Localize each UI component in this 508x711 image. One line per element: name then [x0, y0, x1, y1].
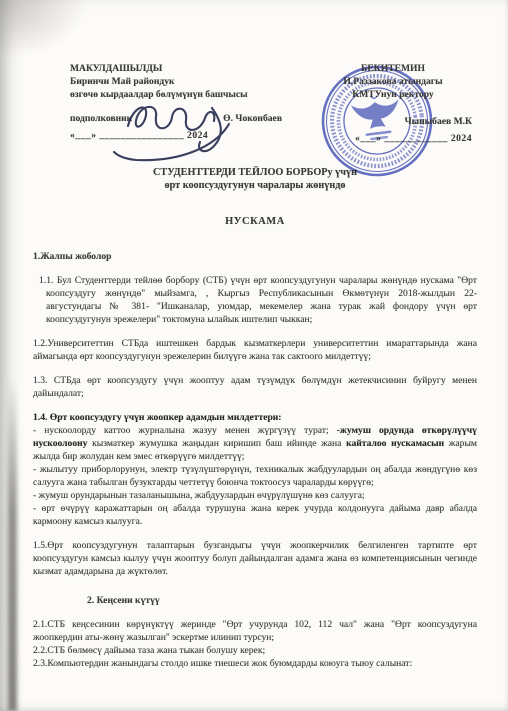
approval-right-date-line: «___» ____________ 2024: [314, 132, 472, 145]
paragraph-2-2: 2.2.СТБ бөлмөсү дайыма таза жана тыкан б…: [33, 644, 477, 657]
approval-left-date-line: «___» ________________ 2024: [70, 129, 282, 142]
paragraph-1-4-heading: 1.4. Өрт коопсуздугу үчүн жоопкер адамды…: [33, 411, 477, 424]
document-title-line2: өрт коопсуздугунун чаралары жөнүндө: [33, 179, 477, 192]
duty-text-bold: кайталоо нускамасын: [346, 438, 444, 449]
approval-left-org1: Биринчи Май райондук: [70, 75, 282, 88]
section1-heading: 1.Жалпы жоболор: [33, 250, 477, 263]
duty-item-equipment-check: - жылытуу приборлорунун, электр түзүлүшт…: [33, 463, 477, 489]
approval-left-org2: өзгөчө кырдаалдар бөлүмүнүн башчысы: [70, 88, 282, 101]
paragraph-2-1: 2.1.СТБ кеңсесинин көрүнүктүү жеринде "Ө…: [33, 618, 477, 644]
approval-left-title: МАКУЛДАШЫЛДЫ: [70, 62, 282, 75]
approval-right-block: БЕКИТЕМИН И.Раззакова атындагы КМТУнун р…: [314, 62, 472, 145]
approval-right-org2: КМТУнун ректору: [314, 88, 472, 101]
paragraph-1-2: 1.2.Университеттин СТБда иштешкен бардык…: [33, 337, 477, 363]
scan-corner-shadow: [0, 0, 90, 60]
document-title-line1: СТУДЕНТТЕРДИ ТЕЙЛОО БОРБОРу үчүн: [33, 166, 477, 179]
document-type-label: НУСКАМА: [33, 215, 477, 228]
paragraph-2-3: 2.3.Компьютердин жанындагы столдо ишке т…: [33, 657, 477, 670]
approval-header: МАКУЛДАШЫЛДЫ Биринчи Май райондук өзгөчө…: [70, 62, 472, 145]
duty-text: - нускоолорду каттоо журналына жазуу мен…: [33, 425, 337, 436]
approval-right-org1: И.Раззакова атындагы: [314, 75, 472, 88]
duty-item-workplace-clean: - жумуш орундарынын тазаланышына, жабдуу…: [33, 489, 477, 502]
scanned-document-page: МАКУЛДАШЫЛДЫ Биринчи Май райондук өзгөчө…: [0, 0, 508, 711]
paragraph-1-5: 1.5.Өрт коопсуздугунун талаптарын бузган…: [33, 539, 477, 578]
paragraph-1-4: 1.4. Өрт коопсуздугу үчүн жоопкер адамды…: [33, 411, 477, 528]
section2-paragraphs: 2.1.СТБ кеңсесинин көрүнүктүү жеринде "Ө…: [33, 618, 477, 670]
paragraph-1-1: 1.1. Бул Студенттерди тейлөө борбору (СТ…: [33, 274, 477, 326]
duty-item-fire-extinguishers: - өрт өчүрүү каражаттарын оң абалда туру…: [33, 502, 477, 528]
paragraph-1-3: 1.3. СТБда өрт коопсуздугу үчүн жооптуу …: [33, 374, 477, 400]
approval-left-name: Ө. Чоконбаев: [223, 112, 282, 125]
approval-right-title: БЕКИТЕМИН: [314, 62, 472, 75]
document-body: СТУДЕНТТЕРДИ ТЕЙЛОО БОРБОРу үчүн өрт коо…: [33, 166, 477, 670]
approval-left-signature-line: подполковник Ө. Чоконбаев: [70, 112, 282, 125]
duty-item-instruction-log: - нускоолорду каттоо журналына жазуу мен…: [33, 424, 477, 463]
approval-left-block: МАКУЛДАШЫЛДЫ Биринчи Май райондук өзгөчө…: [70, 62, 282, 145]
approval-left-rank: подполковник: [70, 112, 132, 125]
approval-right-name: Чыныбаев М.К: [314, 115, 472, 128]
scan-edge-artifact: [8, 380, 17, 711]
section2-heading: 2. Кеңсени күтүү: [33, 594, 477, 607]
duty-text: кызматкер жумушка жаңыдан киришип баш ий…: [87, 438, 346, 449]
